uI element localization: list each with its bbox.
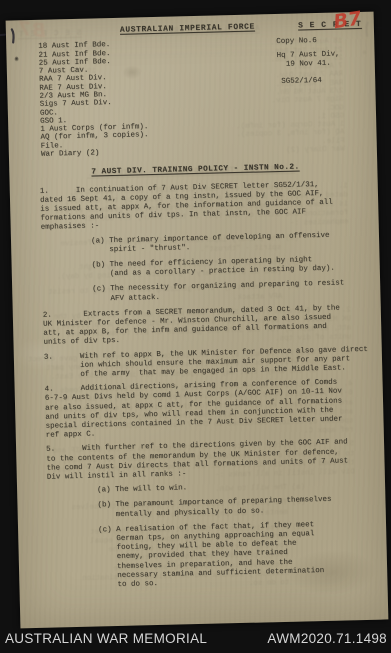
archive-institution: AUSTRALIAN WAR MEMORIAL	[5, 631, 207, 646]
document-title: 7 AUST DIV. TRAINING POLICY - INSTN No.2…	[91, 162, 367, 178]
pen-mark-icon	[0, 26, 20, 49]
ink-blot	[15, 56, 19, 62]
paragraph: (c) The necessity for organizing and pre…	[92, 279, 370, 304]
paragraph: (a) The primary importance of developing…	[91, 230, 369, 255]
document-body: 1. In continuation of 7 Aust Div SECRET …	[40, 179, 378, 592]
document-page: B7 AUSTRALIAN IMPERIAL FORCE S E C R E T…	[6, 12, 389, 629]
date-line: 19 Nov 41.	[277, 59, 351, 70]
document-header: AUSTRALIAN IMPERIAL FORCE S E C R E T	[36, 20, 364, 37]
handwritten-b7-annotation: B7	[334, 14, 363, 27]
copy-number: Copy No.6	[276, 36, 350, 47]
paragraph: (a) The will to win.	[97, 480, 375, 496]
address-block: 18 Aust Inf Bde.21 Aust Inf Bde.25 Aust …	[36, 35, 367, 159]
archive-caption-bar: AUSTRALIAN WAR MEMORIAL AWM2020.71.1498	[0, 626, 391, 653]
typed-content: B7 AUSTRALIAN IMPERIAL FORCE S E C R E T…	[6, 12, 389, 629]
origin-block: Copy No.6 Hq 7 Aust Div, 19 Nov 41. SG52…	[276, 36, 351, 86]
paragraph: 2. Extracts from a SECRET memorandum, da…	[43, 304, 372, 349]
paragraph: (b) The need for efficiency in operating…	[92, 255, 370, 280]
archive-accession-number: AWM2020.71.1498	[267, 631, 387, 646]
paragraph: 1. In continuation of 7 Aust Div SECRET …	[40, 179, 369, 233]
paragraph: (b) The paramount importance of preparin…	[97, 495, 375, 520]
paragraph: (c) A realisation of the fact that, if t…	[98, 520, 377, 591]
paragraph: 3. With ref to appx B, the UK Minister f…	[44, 345, 373, 381]
paragraph: 5. With further ref to the directions gi…	[46, 438, 375, 483]
document-org-title: AUSTRALIAN IMPERIAL FORCE	[120, 22, 255, 34]
distribution-list: 18 Aust Inf Bde.21 Aust Inf Bde.25 Aust …	[38, 39, 221, 160]
file-reference: SG52/1/64	[277, 76, 351, 87]
photo-background: B7 AUSTRALIAN IMPERIAL FORCE S E C R E T…	[0, 0, 391, 653]
paragraph: 4. Additional directions, arising from a…	[45, 378, 374, 441]
